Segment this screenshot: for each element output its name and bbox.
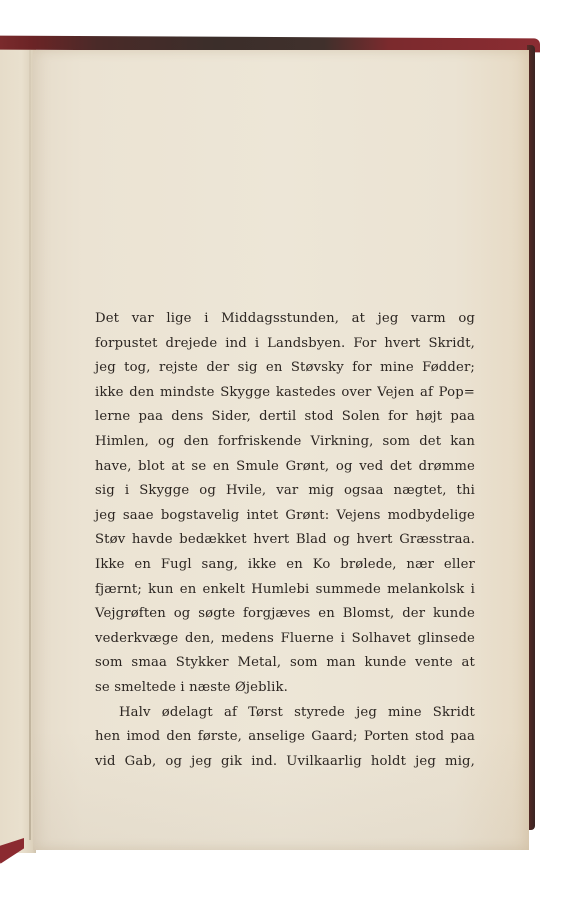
text-line: vederkvæge den, medens Fluerne i Solhave…	[95, 627, 475, 652]
paragraph-1: Det var lige i Middagsstunden, at jeg va…	[95, 307, 475, 701]
text-line: Himlen, og den forfriskende Virkning, so…	[95, 430, 475, 455]
text-line: jeg saae bogstavelig intet Grønt: Vejens…	[95, 504, 475, 529]
text-line: som smaa Stykker Metal, som man kunde ve…	[95, 651, 475, 676]
text-line: fjærnt; kun en enkelt Humlebi summede me…	[95, 578, 475, 603]
text-line: have, blot at se en Smule Grønt, og ved …	[95, 455, 475, 480]
text-line: vid Gab, og jeg gik ind. Uvilkaarlig hol…	[95, 750, 475, 775]
text-line: Støv havde bedækket hvert Blad og hvert …	[95, 528, 475, 553]
text-line: forpustet drejede ind i Landsbyen. For h…	[95, 332, 475, 357]
text-line: ikke den mindste Skygge kastedes over Ve…	[95, 381, 475, 406]
page-body-text: Det var lige i Middagsstunden, at jeg va…	[95, 307, 475, 774]
text-line: Ikke en Fugl sang, ikke en Ko brølede, n…	[95, 553, 475, 578]
text-line: se smeltede i næste Øjeblik.	[95, 676, 475, 701]
text-line: lerne paa dens Sider, dertil stod Solen …	[95, 405, 475, 430]
text-line: jeg tog, rejste der sig en Støvsky for m…	[95, 356, 475, 381]
paragraph-2: Halv ødelagt af Tørst styrede jeg mine S…	[95, 701, 475, 775]
text-line: Vejgrøften og søgte forgjæves en Blomst,…	[95, 602, 475, 627]
page-gutter	[29, 50, 31, 840]
text-line: Halv ødelagt af Tørst styrede jeg mine S…	[95, 701, 475, 726]
text-line: sig i Skygge og Hvile, var mig ogsaa næg…	[95, 479, 475, 504]
text-line: Det var lige i Middagsstunden, at jeg va…	[95, 307, 475, 332]
text-line: hen imod den første, anselige Gaard; Por…	[95, 725, 475, 750]
